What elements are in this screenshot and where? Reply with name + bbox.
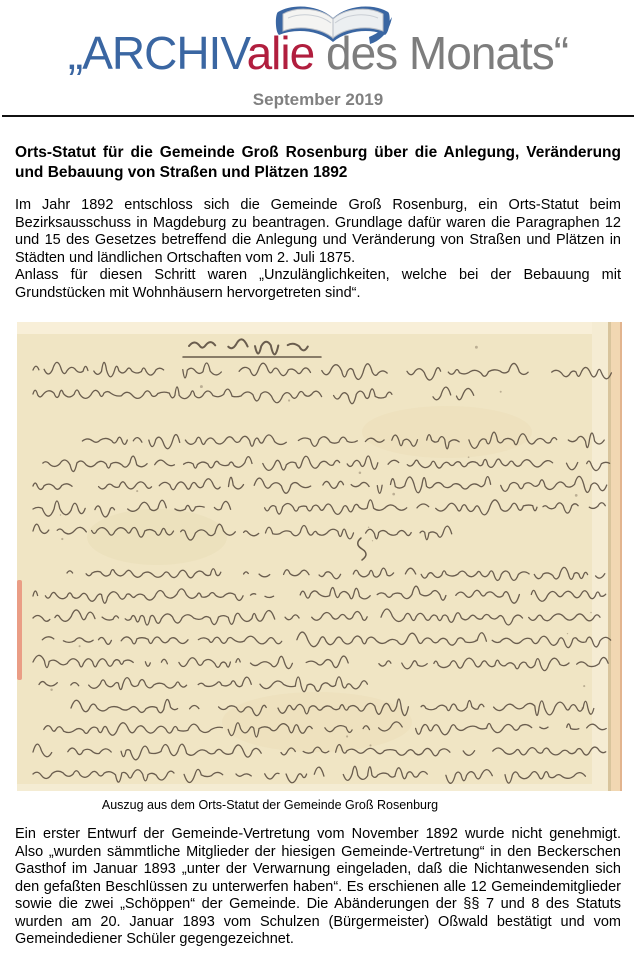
logo: „ARCHIValie des Monats“ (0, 0, 636, 88)
page-edge-ribbon (17, 580, 22, 680)
scan-caption: Auszug aus dem Orts-Statut der Gemeinde … (17, 798, 523, 812)
divider (2, 115, 634, 117)
paragraph-2: Anlass für diesen Schritt waren „Unzulän… (15, 267, 621, 302)
handwriting-svg (17, 322, 622, 791)
document-scan: Auszug aus dem Orts-Statut der Gemeinde … (17, 322, 622, 812)
paragraph-3: Ein erster Entwurf der Gemeinde-Vertretu… (15, 826, 621, 949)
paragraph-1: Im Jahr 1892 entschloss sich die Gemeind… (15, 197, 621, 267)
open-book-icon (273, 2, 393, 54)
article-title: Orts-Statut für die Gemeinde Groß Rosenb… (15, 143, 621, 183)
logo-word-archiv: „ARCHIV (68, 27, 247, 79)
issue-date: September 2019 (0, 90, 636, 110)
article: Orts-Statut für die Gemeinde Groß Rosenb… (0, 143, 636, 949)
newsletter-page: „ARCHIValie des Monats“ September 2019 O… (0, 0, 636, 954)
